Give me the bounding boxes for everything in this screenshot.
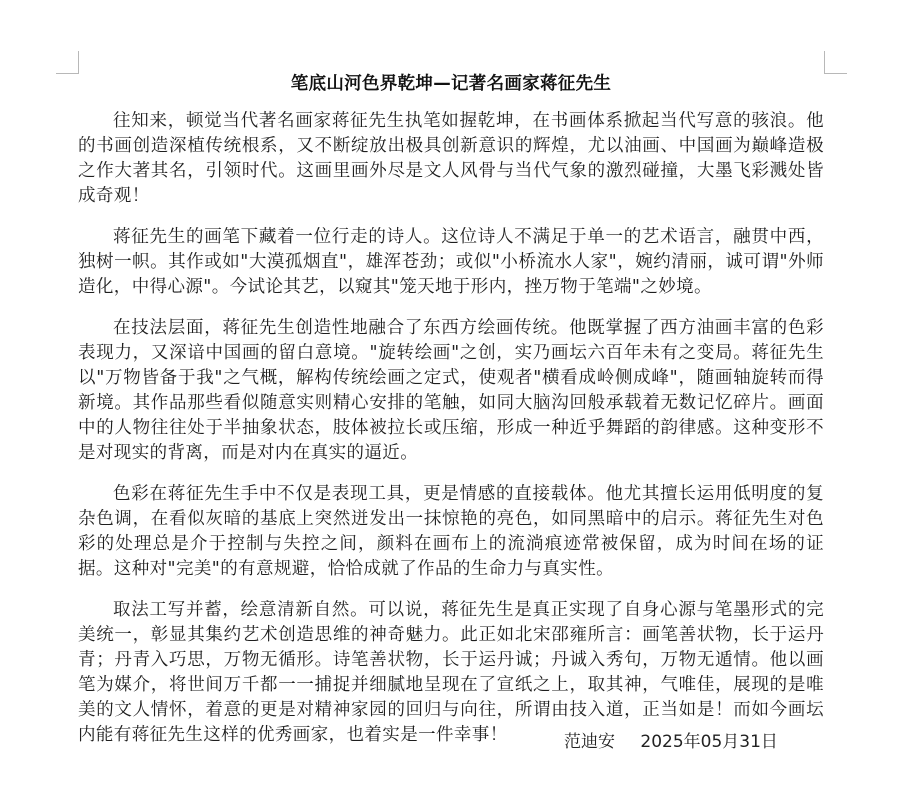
document-title: 笔底山河色界乾坤—记著名画家蒋征先生: [78, 72, 824, 96]
document-page: 笔底山河色界乾坤—记著名画家蒋征先生 往知来，顿觉当代著名画家蒋征先生执笔如握乾…: [78, 72, 824, 764]
signature-block: 范迪安 2025年05月31日: [564, 731, 778, 753]
paragraph-2: 蒋征先生的画笔下藏着一位行走的诗人。这位诗人不满足于单一的艺术语言，融贯中西，独…: [78, 225, 824, 300]
page-corner-mark-top-right: [824, 51, 847, 74]
paragraph-4: 色彩在蒋征先生手中不仅是表现工具，更是情感的直接载体。他尤其擅长运用低明度的复杂…: [78, 482, 824, 582]
paragraph-1: 往知来，顿觉当代著名画家蒋征先生执笔如握乾坤，在书画体系掀起当代写意的骇浪。他的…: [78, 109, 824, 209]
signature-author: 范迪安: [564, 732, 615, 752]
page-corner-mark-top-left: [56, 51, 79, 74]
paragraph-3: 在技法层面，蒋征先生创造性地融合了东西方绘画传统。他既掌握了西方油画丰富的色彩表…: [78, 316, 824, 466]
paragraph-5: 取法工写并蓄，绘意清新自然。可以说，蒋征先生是真正实现了自身心源与笔墨形式的完美…: [78, 598, 824, 748]
signature-date: 2025年05月31日: [640, 732, 778, 752]
